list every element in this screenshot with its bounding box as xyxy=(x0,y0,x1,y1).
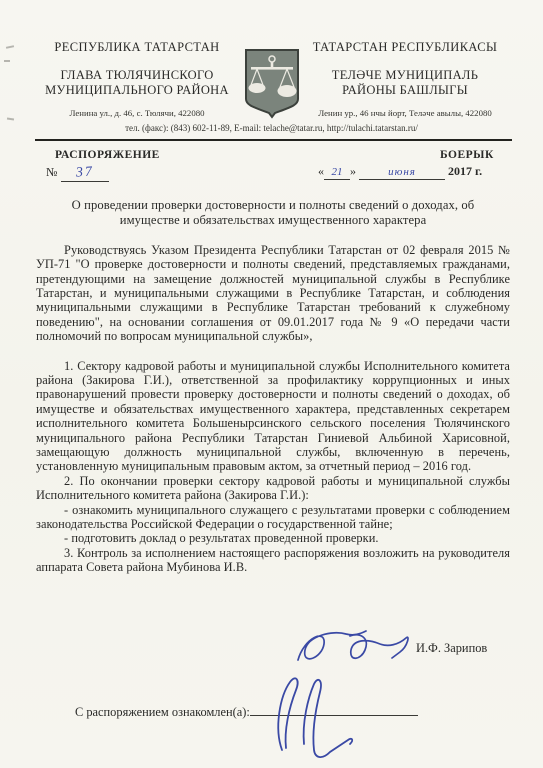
scan-artifact xyxy=(6,45,14,49)
acknowledgment-label: С распоряжением ознакомлен(а): xyxy=(75,705,250,719)
order-number-prefix: № xyxy=(46,165,57,179)
letterhead-right: ТАТАРСТАН РЕСПУБЛИКАСЫ ТЕЛӘЧЕ МУНИЦИПАЛЬ… xyxy=(296,40,514,119)
letterhead-left: РЕСПУБЛИКА ТАТАРСТАН ГЛАВА ТЮЛЯЧИНСКОГО … xyxy=(28,40,246,119)
document-page: РЕСПУБЛИКА ТАТАРСТАН ГЛАВА ТЮЛЯЧИНСКОГО … xyxy=(0,0,543,768)
signature-scribble-icon xyxy=(288,618,428,680)
order-number-handwritten: 37 xyxy=(76,164,95,181)
republic-name-ru: РЕСПУБЛИКА ТАТАРСТАН xyxy=(28,40,246,56)
scan-artifact xyxy=(4,60,10,62)
org-name-ru-line1: ГЛАВА ТЮЛЯЧИНСКОГО xyxy=(28,68,246,84)
document-title: О проведении проверки достоверности и по… xyxy=(51,198,495,229)
acknowledgment-signature-scribble-icon xyxy=(252,672,382,764)
document-body: О проведении проверки достоверности и по… xyxy=(36,198,510,575)
address-ru: Ленина ул., д. 46, с. Тюлячи, 422080 xyxy=(28,108,246,119)
date-day-handwritten: 21 xyxy=(332,166,343,178)
order-label-tt: БОЕРЫК xyxy=(440,149,494,161)
paragraph: - подготовить доклад о результатах прове… xyxy=(36,531,510,545)
contact-line: тел. (факс): (843) 602-11-89, E-mail: te… xyxy=(0,123,543,133)
date-month-handwritten: июня xyxy=(388,166,416,178)
org-name-tt-line2: РАЙОНЫ БАШЛЫГЫ xyxy=(296,83,514,99)
republic-name-tt: ТАТАРСТАН РЕСПУБЛИКАСЫ xyxy=(296,40,514,56)
address-tt: Ленин ур., 46 нчы йорт, Теләче авылы, 42… xyxy=(296,108,514,119)
date-quote-close: » xyxy=(350,164,356,178)
order-label-ru: РАСПОРЯЖЕНИЕ xyxy=(55,149,160,161)
signer-name: И.Ф. Зарипов xyxy=(416,641,487,656)
coat-of-arms-scales-icon xyxy=(243,47,301,119)
paragraph: 1. Сектору кадровой работы и муниципальн… xyxy=(36,359,510,474)
paragraph: 3. Контроль за исполнением настоящего ра… xyxy=(36,546,510,575)
paragraph: 2. По окончании проверки сектору кадрово… xyxy=(36,474,510,503)
order-date: «21» июня 2017 г. xyxy=(318,164,482,180)
date-year: 2017 г. xyxy=(448,164,482,178)
order-number: №37 xyxy=(46,165,109,182)
paragraph: - ознакомить муниципального служащего с … xyxy=(36,503,510,532)
letterhead-divider xyxy=(35,139,512,141)
paragraph: Руководствуясь Указом Президента Республ… xyxy=(36,243,510,344)
paragraphs-container: Руководствуясь Указом Президента Республ… xyxy=(36,243,510,575)
scan-artifact xyxy=(7,118,14,121)
org-name-tt-line1: ТЕЛӘЧЕ МУНИЦИПАЛЬ xyxy=(296,68,514,84)
org-name-ru-line2: МУНИЦИПАЛЬНОГО РАЙОНА xyxy=(28,83,246,99)
